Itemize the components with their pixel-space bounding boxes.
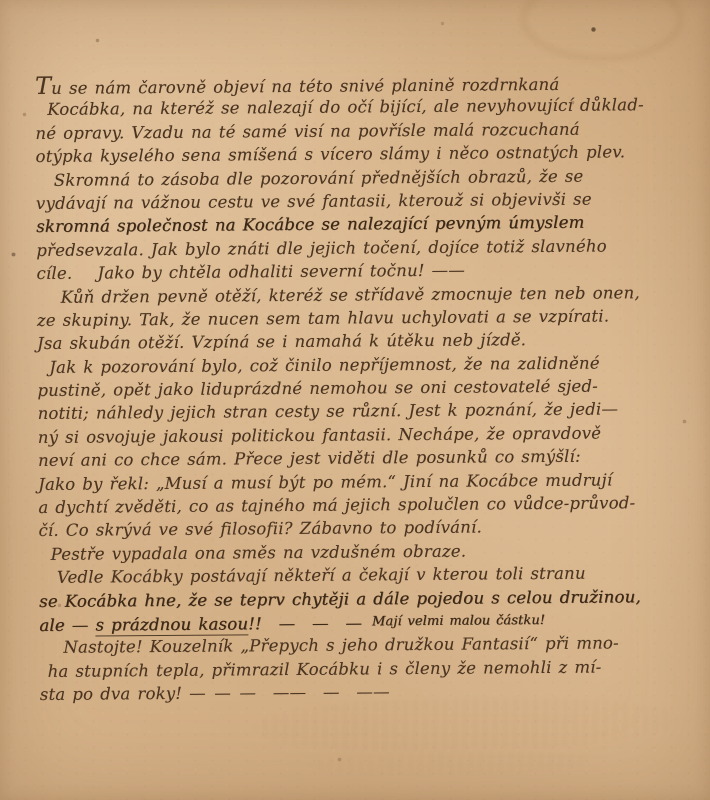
margin-note: Mají velmi malou částku! [372, 613, 545, 629]
text-segment: !! — — — [248, 613, 362, 633]
handwritten-text: Tu se nám čarovně objeví na této snivé p… [35, 70, 698, 707]
underlined-text: s prázdnou kasou [95, 614, 248, 636]
text-line: sta po dva roky! — — — —— — —— [40, 678, 698, 707]
paper-stain-ring [520, 0, 684, 62]
paper-specks [0, 0, 3, 3]
ink-bleedthrough [310, 750, 590, 776]
text-segment: ale — [39, 616, 95, 635]
manuscript-page: Tu se nám čarovně objeví na této snivé p… [0, 0, 710, 800]
